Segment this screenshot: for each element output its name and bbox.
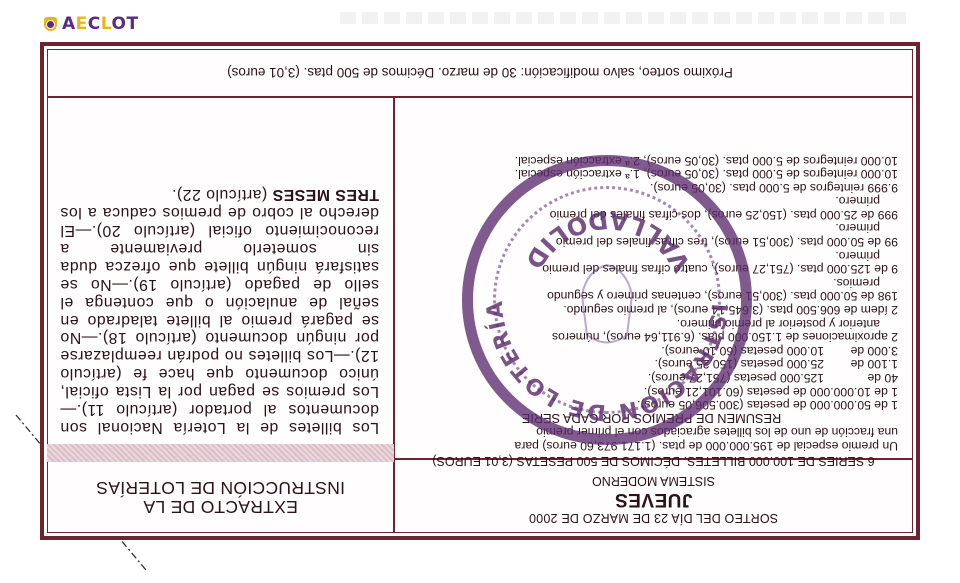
draw-series: 6 SERIES DE 100.000 BILLETES. DÉCIMOS DE… [395,454,912,468]
special-prize-line: una fracción de uno de los billetes agra… [405,425,898,439]
prizes-column: SORTEO DEL DÍA 23 DE MARZO DE 2000 JUEVE… [393,98,912,532]
prize-line: 40 de125.000 pesetas (751,27 euros). [405,370,898,384]
lottery-ticket-rotated: SORTEO DEL DÍA 23 DE MARZO DE 2000 JUEVE… [40,42,920,540]
prize-line: 3.000 de10.000 pesetas (60,10 euros). [405,343,898,357]
faded-top-strip [340,12,910,24]
logo-text: AECLOT [62,14,139,34]
long-prizes: 2 aproximaciones de 1.150.000 ptas. (6.9… [405,194,898,344]
prize-line: 2 ídem de 606.500 ptas. (3.645,14 euros)… [405,302,898,316]
draw-date: SORTEO DEL DÍA 23 DE MARZO DE 2000 [395,511,912,525]
next-draw-footer: Próximo sorteo, salvo modificación: 30 d… [48,50,912,98]
prize-line-continuation: primero. [405,194,898,208]
aeclot-logo: AECLOT [44,14,139,34]
prizes-list: Un premio especial de 195.000.000 de pta… [395,153,912,458]
prize-line: 2 aproximaciones de 1.150.000 ptas. (6.9… [405,330,898,344]
special-prize-line: Un premio especial de 195.000.000 de pta… [405,438,898,452]
prize-line-continuation: premios. [405,275,898,289]
draw-day: JUEVES [395,488,912,510]
prize-line: 9 de 125.000 ptas. (751,27 euros), cuatr… [405,262,898,276]
shield-icon [44,17,57,31]
prize-line-continuation: anterior y posterior al premio primero. [405,316,898,330]
decorative-band [47,444,394,462]
refund-line: 10.000 reintegros de 5.000 ptas. (30,05 … [405,153,898,167]
prize-line: 1 de 10.000.000 de pesetas (60.101,21 eu… [405,384,898,398]
instructions-text: Los billetes de la Lotería Nacional son … [48,185,393,444]
refund-line: 10.000 reintegros de 5.000 ptas. (30,05 … [405,167,898,181]
prize-line: 1 de 50.000.000 de pesetas (300.506,05 e… [405,398,898,412]
prize-line: 198 de 50.000 ptas. (300,51 euros), cent… [405,289,898,303]
prize-line-continuation: primero. [405,248,898,262]
instructions-column: EXTRACTO DE LA INSTRUCCIÓN DE LOTERÍAS L… [48,98,393,532]
prize-line: 1.100 de25.000 pesetas (150,25 euros). [405,357,898,371]
refund-line: 9.999 reintegros de 5.000 ptas. (30,05 e… [405,180,898,194]
draw-header: SORTEO DEL DÍA 23 DE MARZO DE 2000 JUEVE… [395,458,912,532]
prize-line-continuation: primero. [405,221,898,235]
draw-system: SISTEMA MODERNO [395,474,912,488]
instructions-title: EXTRACTO DE LA INSTRUCCIÓN DE LOTERÍAS [48,462,393,532]
summary-title: RESUMEN DE PREMIOS POR CADA SERIE [405,411,898,425]
prize-line: 99 de 50.000 ptas. (300,51 euros), tres … [405,235,898,249]
prize-line: 999 de 25.000 ptas. (150,25 euros), dos … [405,207,898,221]
